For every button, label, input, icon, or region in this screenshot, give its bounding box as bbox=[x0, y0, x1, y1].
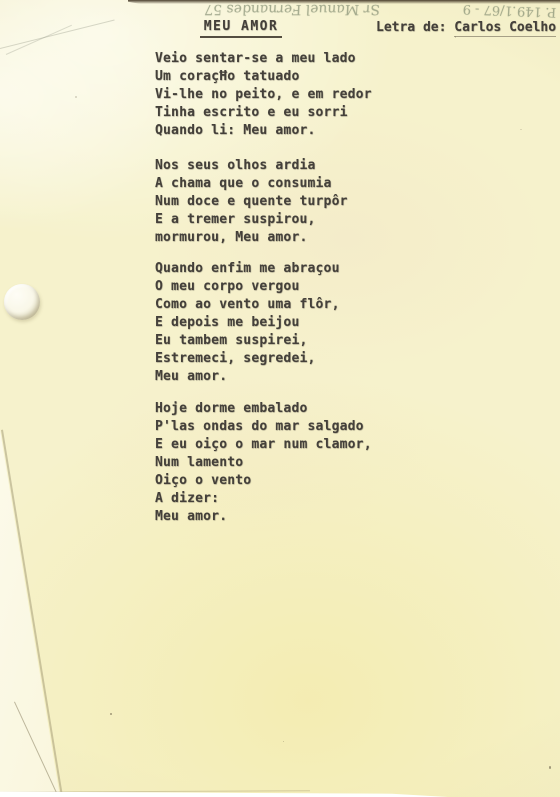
dust-speck bbox=[110, 713, 112, 715]
lyric-line: mormurou, Meu amor. bbox=[155, 229, 372, 247]
lyric-line: Tinha escrito e eu sorri bbox=[155, 104, 372, 122]
dust-speck bbox=[549, 766, 551, 769]
lyric-line: Num lamento bbox=[155, 454, 372, 472]
stanza-2: Nos seus olhos ardia A chama que o consu… bbox=[155, 157, 372, 247]
lyric-line: Estremeci, segredei, bbox=[155, 350, 372, 368]
lyric-line: O meu corpo vergou bbox=[155, 278, 372, 296]
top-left-crease bbox=[6, 25, 72, 55]
song-title: MEU AMOR bbox=[200, 19, 282, 38]
lyric-line: A dizer: bbox=[155, 490, 372, 508]
lyric-line: Como ao vento uma flôr, bbox=[155, 296, 372, 314]
stanza-4: Hoje dorme embalado P'las ondas do mar s… bbox=[155, 400, 372, 526]
lyric-line: P'las ondas do mar salgado bbox=[155, 418, 372, 436]
under-sheet-corner bbox=[0, 430, 60, 797]
dust-speck bbox=[75, 96, 77, 98]
lyric-line: E depois me beijou bbox=[155, 314, 372, 332]
lyric-line: Quando li: Meu amor. bbox=[155, 122, 372, 140]
lyric-line: E eu oiço o mar num clamor, bbox=[155, 436, 372, 454]
stanza-3: Quando enfim me abraçou O meu corpo verg… bbox=[155, 260, 372, 386]
lyric-line: Meu amor. bbox=[155, 508, 372, 526]
dust-speck bbox=[455, 36, 456, 38]
lyric-line: Num doce e quente turpôr bbox=[155, 193, 372, 211]
lyric-line: Vi-lhe no peito, e em redor bbox=[155, 86, 372, 104]
lyric-line: Um coraçĦo tatuado bbox=[155, 68, 372, 86]
lyric-line: Veio sentar-se a meu lado bbox=[155, 50, 372, 68]
lyrics-body: Veio sentar-se a meu lado Um coraçĦo tat… bbox=[155, 50, 372, 526]
lyric-line: Hoje dorme embalado bbox=[155, 400, 372, 418]
hole-punch bbox=[4, 284, 40, 320]
stanza-1: Veio sentar-se a meu lado Um coraçĦo tat… bbox=[155, 50, 372, 140]
pencil-annotation-left: Sr Manuel Fernandes 57 bbox=[157, 1, 427, 17]
dust-speck bbox=[283, 741, 284, 742]
lyric-line: Nos seus olhos ardia bbox=[155, 157, 372, 175]
top-left-crease bbox=[0, 19, 115, 49]
credit-author-name: Carlos Coelho bbox=[454, 20, 556, 37]
lyric-line: A chama que o consumia bbox=[155, 175, 372, 193]
credit-line: Letra de: Carlos Coelho bbox=[376, 20, 556, 35]
lyric-line: Oiço o vento bbox=[155, 472, 372, 490]
lyric-line: Quando enfim me abraçou bbox=[155, 260, 372, 278]
lyric-line: Meu amor. bbox=[155, 368, 372, 386]
pencil-annotation-right: P. 149.1/67 - 9 bbox=[423, 0, 557, 19]
lyric-line: E a tremer suspirou, bbox=[155, 211, 372, 229]
dust-speck bbox=[520, 129, 522, 130]
scanned-lyric-sheet: Sr Manuel Fernandes 57 P. 149.1/67 - 9 M… bbox=[0, 0, 560, 797]
lyric-line: Eu tambem suspirei, bbox=[155, 332, 372, 350]
credit-prefix: Letra de: bbox=[376, 20, 454, 35]
